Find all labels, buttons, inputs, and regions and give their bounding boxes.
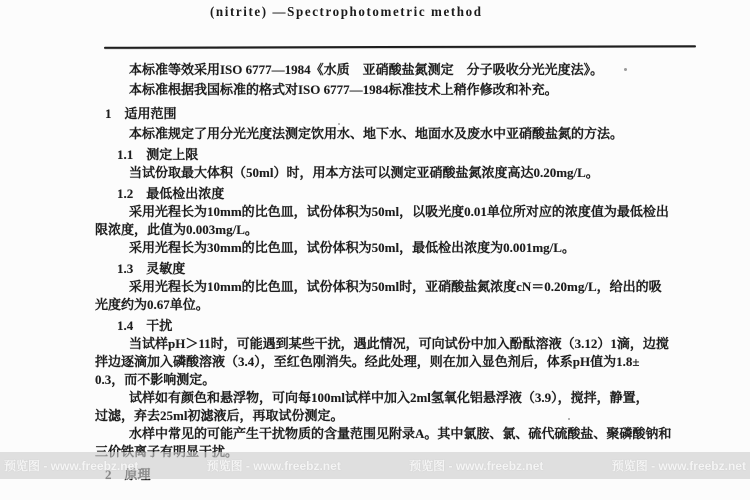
para-line: 当试样pH＞11时，可能遇到某些干扰，遇此情况，可向试份中加入酚酞溶液（3.12… xyxy=(95,335,710,353)
para-line: 拌边逐滴加入磷酸溶液（3.4），至红色刚消失。经此处理，则在加入显色剂后，体系p… xyxy=(95,353,710,371)
para-line: 水样中常见的可能产生干扰物质的含量范围见附录A。其中氯胺、氯、硫代硫酸盐、聚磷酸… xyxy=(95,425,710,443)
scan-speck xyxy=(568,418,570,420)
document-page: (nitrite) —Spectrophotometric method 本标准… xyxy=(0,0,750,500)
para-line: 试样如有颜色和悬浮物，可向每100ml试样中加入2ml氢氧化铝悬浮液（3.9），… xyxy=(95,389,710,407)
scan-speck xyxy=(338,123,340,125)
para-line: 三价铁离子有明显干扰。 xyxy=(95,443,710,461)
section-heading-2: 2 原理 xyxy=(95,466,710,484)
section-heading-1-2: 1.2 最低检出浓度 xyxy=(95,185,710,203)
para-line: 光度约为0.67单位。 xyxy=(95,296,710,314)
section-heading-1-1: 1.1 测定上限 xyxy=(95,146,710,164)
section-heading-1-4: 1.4 干扰 xyxy=(95,317,710,335)
intro-line: 本标准等效采用ISO 6777—1984《水质 亚硝酸盐氮测定 分子吸收分光光度… xyxy=(95,60,710,80)
scan-speck xyxy=(624,68,627,71)
para-line: 限浓度，此值为0.003mg/L。 xyxy=(95,221,710,239)
intro-line: 本标准根据我国标准的格式对ISO 6777—1984标准技术上稍作修改和补充。 xyxy=(95,80,710,100)
para-line: 采用光程长为10mm的比色皿，试份体积为50ml时，亚硝酸盐氮浓度cN＝0.20… xyxy=(95,278,710,296)
para-line: 采用光程长为10mm的比色皿，试份体积为50ml，以吸光度0.01单位所对应的浓… xyxy=(95,203,710,221)
para-line: 当试份取最大体积（50ml）时，用本方法可以测定亚硝酸盐氮浓度高达0.20mg/… xyxy=(95,164,710,182)
para-line: 0.3，而不影响测定。 xyxy=(95,371,710,389)
header-rule xyxy=(104,45,696,49)
para-line: 过滤，弃去25ml初滤液后，再取试份测定。 xyxy=(95,407,710,425)
para-line: 本标准规定了用分光光度法测定饮用水、地下水、地面水及废水中亚硝酸盐氮的方法。 xyxy=(95,125,710,143)
section-heading-1-3: 1.3 灵敏度 xyxy=(95,260,710,278)
document-body: 本标准等效采用ISO 6777—1984《水质 亚硝酸盐氮测定 分子吸收分光光度… xyxy=(95,56,710,486)
page-title: (nitrite) —Spectrophotometric method xyxy=(210,4,483,20)
para-line: 采用光程长为30mm的比色皿，试份体积为50ml，最低检出浓度为0.001mg/… xyxy=(95,239,710,257)
section-heading-1: 1 适用范围 xyxy=(95,105,710,123)
